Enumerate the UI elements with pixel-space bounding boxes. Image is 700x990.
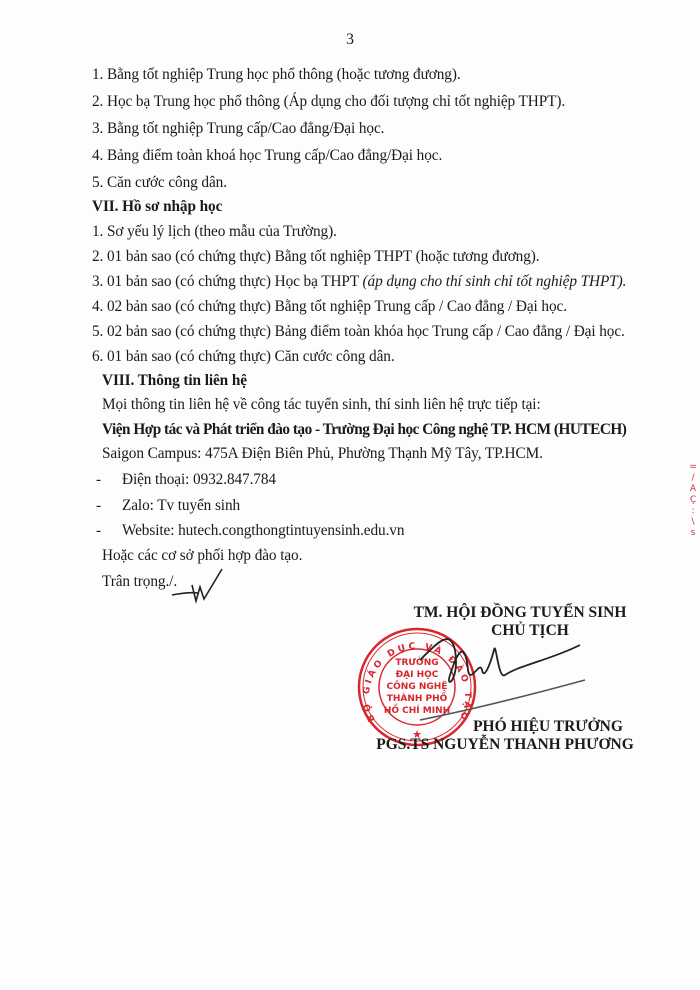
address: Saigon Campus: 475A Điện Biên Phủ, Phườn…	[102, 445, 543, 463]
institute-name: Viện Hợp tác và Phát triển đào tạo - Trư…	[102, 421, 626, 439]
edge-stamp-marks: =/AÇ:\s	[689, 462, 697, 539]
doc-item-1: 1. Bằng tốt nghiệp Trung học phổ thông (…	[92, 66, 461, 84]
contact-zalo: -Zalo: Tv tuyển sinh	[96, 497, 240, 515]
doc-item-2: 2. Học bạ Trung học phổ thông (Áp dụng c…	[92, 93, 565, 111]
enroll-item-3-note: (áp dụng cho thí sinh chỉ tốt nghiệp THP…	[363, 273, 627, 290]
signer-name: PGS.TS NGUYỄN THANH PHƯƠNG	[325, 736, 685, 754]
partners-note: Hoặc các cơ sở phối hợp đào tạo.	[102, 547, 302, 565]
closing: Trân trọng./.	[102, 573, 177, 591]
zalo-text: Zalo: Tv tuyển sinh	[122, 497, 240, 514]
doc-item-5: 5. Căn cước công dân.	[92, 174, 227, 192]
section-viii-heading: VIII. Thông tin liên hệ	[102, 372, 247, 390]
initial-mark-icon	[170, 565, 230, 605]
contact-intro: Mọi thông tin liên hệ về công tác tuyển …	[102, 396, 541, 414]
doc-item-3: 3. Bằng tốt nghiệp Trung cấp/Cao đẳng/Đạ…	[92, 120, 384, 138]
enroll-item-1: 1. Sơ yếu lý lịch (theo mẫu của Trường).	[92, 223, 337, 241]
enroll-item-3-text: 3. 01 bản sao (có chứng thực) Học bạ THP…	[92, 273, 363, 290]
doc-item-4: 4. Bảng điểm toàn khoá học Trung cấp/Cao…	[92, 147, 442, 165]
contact-phone: -Điện thoại: 0932.847.784	[96, 471, 276, 489]
enroll-item-4: 4. 02 bản sao (có chứng thực) Bằng tốt n…	[92, 298, 567, 316]
enroll-item-6: 6. 01 bản sao (có chứng thực) Căn cước c…	[92, 348, 395, 366]
bullet: -	[96, 471, 122, 489]
contact-website: -Website: hutech.congthongtintuyensinh.e…	[96, 522, 404, 540]
phone-text: Điện thoại: 0932.847.784	[122, 471, 276, 488]
enroll-item-5: 5. 02 bản sao (có chứng thực) Bảng điểm …	[92, 323, 625, 341]
enroll-item-3: 3. 01 bản sao (có chứng thực) Học bạ THP…	[92, 273, 626, 291]
website-text: Website: hutech.congthongtintuyensinh.ed…	[122, 522, 404, 539]
enroll-item-2: 2. 01 bản sao (có chứng thực) Bằng tốt n…	[92, 248, 540, 266]
page-number: 3	[0, 31, 700, 49]
signer-title: PHÓ HIỆU TRƯỞNG	[368, 718, 700, 736]
bullet: -	[96, 522, 122, 540]
section-vii-heading: VII. Hồ sơ nhập học	[92, 198, 222, 216]
signature-icon	[410, 620, 590, 730]
bullet: -	[96, 497, 122, 515]
